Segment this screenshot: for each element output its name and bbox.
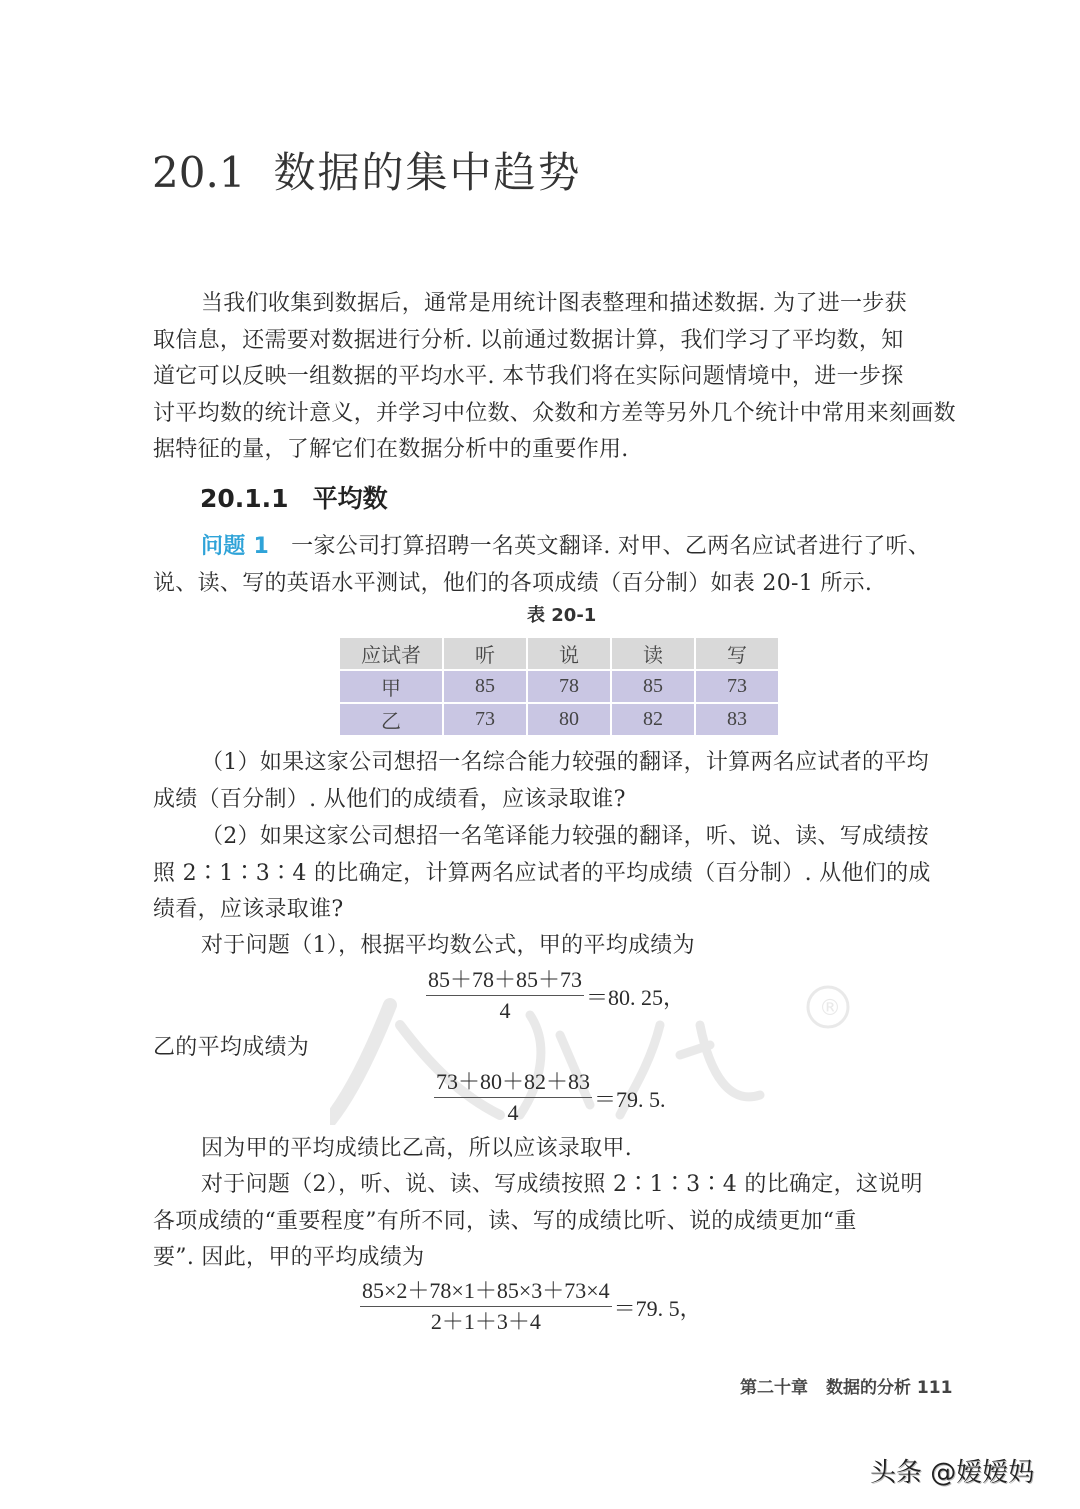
table-cell: 83 [696, 704, 778, 735]
table-row: 乙 73 80 82 83 [340, 704, 778, 735]
text-line: 各项成绩的“重要程度”有所不同，读、写的成绩比听、说的成绩更加“重 [153, 1204, 973, 1241]
table-cell: 73 [444, 704, 526, 735]
chapter-number: 20.1 [152, 148, 246, 197]
section-title-text: 平均数 [313, 484, 388, 513]
score-table: 应试者 听 说 读 写 甲 85 78 85 73 乙 73 80 82 83 [338, 636, 780, 737]
text-line: 道它可以反映一组数据的平均水平. 本节我们将在实际问题情境中，进一步探 [153, 359, 973, 396]
table-header-cell: 听 [444, 638, 526, 669]
section-number: 20.1.1 [200, 484, 289, 513]
problem-text: 一家公司打算招聘一名英文翻译. 对甲、乙两名应试者进行了听、 [291, 534, 930, 559]
text-line: 讨平均数的统计意义，并学习中位数、众数和方差等另外几个统计中常用来刻画数 [153, 396, 973, 433]
fraction-denominator: 4 [500, 996, 511, 1026]
chapter-title: 20.1数据的集中趋势 [152, 145, 582, 201]
table-row: 甲 85 78 85 73 [340, 671, 778, 702]
table-header-cell: 读 [612, 638, 694, 669]
formula-result: ＝79. 5， [614, 1292, 702, 1323]
text-line: 对于问题（2），听、说、读、写成绩按照 2∶1∶3∶4 的比确定，这说明 [153, 1167, 973, 1204]
text-line: 成绩（百分制）. 从他们的成绩看，应该录取谁? [153, 782, 973, 819]
problem-paragraph: 问题 1一家公司打算招聘一名英文翻译. 对甲、乙两名应试者进行了听、 说、读、写… [153, 529, 973, 602]
text-line: 取信息，还需要对数据进行分析. 以前通过数据计算，我们学习了平均数，知 [153, 323, 973, 360]
text-line: 要”. 因此，甲的平均成绩为 [153, 1240, 973, 1277]
textbook-page: ® 20.1数据的集中趋势 当我们收集到数据后，通常是用统计图表整理和描述数据.… [0, 0, 1080, 1509]
table-cell: 82 [612, 704, 694, 735]
fraction-numerator: 85＋78＋85＋73 [426, 966, 584, 996]
fraction-numerator: 85×2＋78×1＋85×3＋73×4 [360, 1277, 612, 1307]
problem-label: 问题 1 [201, 534, 269, 559]
text-line: 据特征的量，了解它们在数据分析中的重要作用. [153, 432, 973, 469]
chapter-title-text: 数据的集中趋势 [274, 148, 582, 197]
table-cell: 73 [696, 671, 778, 702]
section-title: 20.1.1平均数 [200, 482, 388, 516]
text-line: （2）如果这家公司想招一名笔译能力较强的翻译，听、说、读、写成绩按 [153, 819, 973, 856]
formula-result: ＝80. 25， [586, 981, 685, 1012]
table-cell: 85 [612, 671, 694, 702]
formula-yi-mean: 73＋80＋82＋83 4 ＝79. 5. [434, 1068, 666, 1128]
footer-chapter: 第二十章 [740, 1378, 808, 1398]
table-cell: 甲 [340, 671, 442, 702]
formula-result: ＝79. 5. [594, 1083, 666, 1114]
text-line: 绩看，应该录取谁? [153, 892, 973, 929]
table-header-cell: 应试者 [340, 638, 442, 669]
intro-paragraph: 当我们收集到数据后，通常是用统计图表整理和描述数据. 为了进一步获 取信息，还需… [153, 286, 973, 469]
fraction: 85＋78＋85＋73 4 [426, 966, 584, 1026]
fraction: 73＋80＋82＋83 4 [434, 1068, 592, 1128]
table-cell: 78 [528, 671, 610, 702]
question-1: （1）如果这家公司想招一名综合能力较强的翻译，计算两名应试者的平均 成绩（百分制… [153, 745, 973, 818]
table-header-cell: 说 [528, 638, 610, 669]
text-line: （1）如果这家公司想招一名综合能力较强的翻译，计算两名应试者的平均 [153, 745, 973, 782]
table-header-cell: 写 [696, 638, 778, 669]
text-line: 对于问题（1），根据平均数公式，甲的平均成绩为 [153, 928, 973, 965]
text-line: 当我们收集到数据后，通常是用统计图表整理和描述数据. 为了进一步获 [153, 286, 973, 323]
footer-chapter-title: 数据的分析 [826, 1378, 911, 1398]
question-2: （2）如果这家公司想招一名笔译能力较强的翻译，听、说、读、写成绩按 照 2∶1∶… [153, 819, 973, 929]
svg-text:®: ® [819, 996, 841, 1021]
fraction-denominator: 2＋1＋3＋4 [431, 1307, 541, 1337]
formula-jia-mean: 85＋78＋85＋73 4 ＝80. 25， [426, 966, 685, 1026]
text-line: 照 2∶1∶3∶4 的比确定，计算两名应试者的平均成绩（百分制）. 从他们的成 [153, 856, 973, 893]
page-number: 111 [917, 1378, 953, 1398]
table-caption: 表 20-1 [527, 604, 596, 628]
text-line: 乙的平均成绩为 [153, 1030, 973, 1067]
formula-jia-weighted-mean: 85×2＋78×1＋85×3＋73×4 2＋1＋3＋4 ＝79. 5， [360, 1277, 702, 1337]
page-footer: 第二十章数据的分析 111 [740, 1376, 952, 1400]
text-line: 说、读、写的英语水平测试，他们的各项成绩（百分制）如表 20-1 所示. [153, 566, 973, 603]
table-cell: 80 [528, 704, 610, 735]
solution-1-conclusion: 因为甲的平均成绩比乙高，所以应该录取甲. [153, 1131, 973, 1168]
table-cell: 乙 [340, 704, 442, 735]
solution-1-yi: 乙的平均成绩为 [153, 1030, 973, 1067]
source-credit: 头条 @嫒嫒妈 [870, 1456, 1034, 1490]
solution-2: 对于问题（2），听、说、读、写成绩按照 2∶1∶3∶4 的比确定，这说明 各项成… [153, 1167, 973, 1277]
text-line: 因为甲的平均成绩比乙高，所以应该录取甲. [153, 1131, 973, 1168]
fraction-numerator: 73＋80＋82＋83 [434, 1068, 592, 1098]
table-cell: 85 [444, 671, 526, 702]
fraction: 85×2＋78×1＋85×3＋73×4 2＋1＋3＋4 [360, 1277, 612, 1337]
text-line: 问题 1一家公司打算招聘一名英文翻译. 对甲、乙两名应试者进行了听、 [153, 529, 973, 566]
solution-1-intro: 对于问题（1），根据平均数公式，甲的平均成绩为 [153, 928, 973, 965]
fraction-denominator: 4 [508, 1098, 519, 1128]
table-header-row: 应试者 听 说 读 写 [340, 638, 778, 669]
